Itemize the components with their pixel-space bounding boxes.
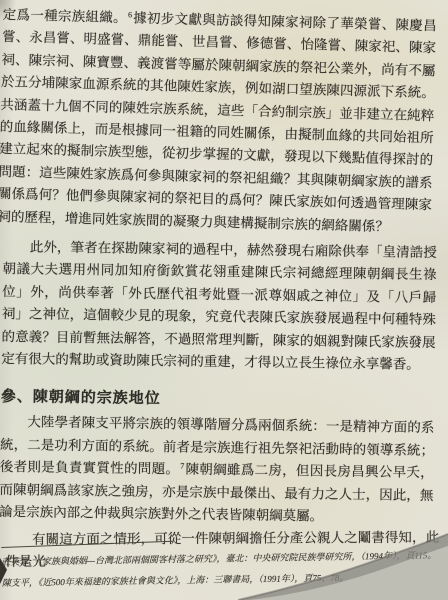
page-curl-shadow: [238, 530, 448, 600]
paragraph-continued: 定爲一種宗族組織。6據初步文獻與訪談得知陳家祠除了華榮嘗、陳慶昌嘗、永昌嘗、明盛…: [0, 4, 437, 239]
paragraph-text: 據初步文獻與訪談得知陳家祠除了華榮嘗、陳慶昌嘗、永昌嘗、明盛嘗、鼎能嘗、世昌嘗、…: [0, 10, 437, 233]
footnote-ref-6: 6: [128, 10, 132, 19]
paragraph-lineage-status: 大陸學者陳支平將宗族的領導階層分爲兩個系統：一是精神方面的系統，二是功利方面的系…: [0, 411, 435, 529]
paragraph-text: 定爲一種宗族組織。: [3, 7, 128, 25]
paragraph-shrine-tablets: 此外，筆者在探勘陳家祠的過程中，赫然發現右廂除供奉「皇清誥授朝議大夫選用州同加知…: [1, 236, 437, 376]
scanned-page: 定爲一種宗族組織。6據初步文獻與訪談得知陳家祠除了華榮嘗、陳慶昌嘗、永昌嘗、明盛…: [0, 0, 448, 600]
paragraph-block-top: 定爲一種宗族組織。6據初步文獻與訪談得知陳家祠除了華榮嘗、陳慶昌嘗、永昌嘗、明盛…: [0, 4, 437, 239]
section-heading: 參、陳朝綱的宗族地位: [1, 386, 435, 414]
paragraph-block-middle: 此外，筆者在探勘陳家祠的過程中，赫然發現右廂除供奉「皇清誥授朝議大夫選用州同加知…: [0, 236, 437, 530]
footnote-ref-7: 7: [180, 461, 184, 470]
